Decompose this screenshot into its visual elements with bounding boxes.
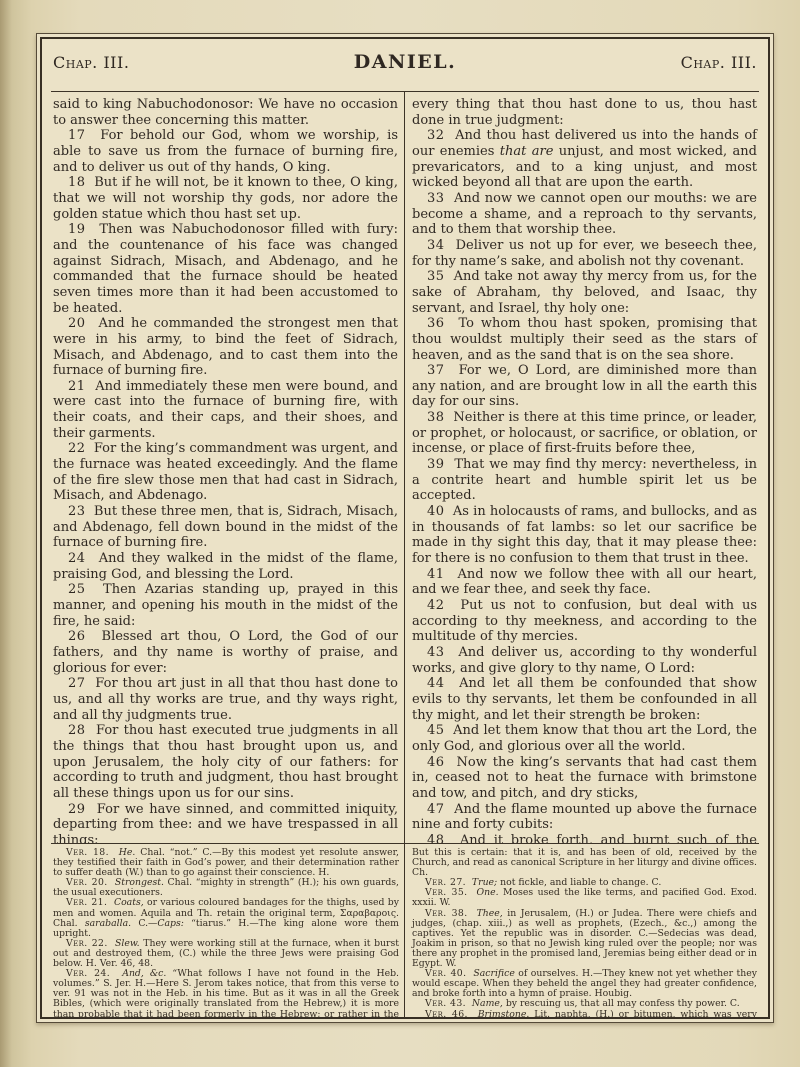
verse: 34 Deliver us not up for ever, we beseec… <box>412 238 757 269</box>
verse: 36 To whom thou hast spoken, promising t… <box>412 316 757 363</box>
footnote: Ver. 35. One. Moses used the like terms,… <box>412 888 757 908</box>
verse: 22 For the king’s commandment was urgent… <box>53 441 398 504</box>
verse: 43 And deliver us, according to thy wond… <box>412 645 757 676</box>
footnote: Ver. 24. And, &c. “What follows I have n… <box>53 969 399 1017</box>
chapter-label-right: Chap. III. <box>637 53 757 72</box>
verse: 47 And the flame mounted up above the fu… <box>412 802 757 833</box>
verse: 20 And he commanded the strongest men th… <box>53 316 398 379</box>
footnote-column-left: Ver. 18. He. Chal. “not.” C.—By this mod… <box>51 844 405 1017</box>
verse: 25 Then Azarias standing up, prayed in t… <box>53 582 398 629</box>
verse: 19 Then was Nabuchodonosor filled with f… <box>53 222 398 316</box>
footnote: Ver. 22. Slew. They were working still a… <box>53 939 399 969</box>
text-column-left: said to king Nabuchodonosor: We have no … <box>51 92 405 843</box>
verse: said to king Nabuchodonosor: We have no … <box>53 97 398 128</box>
verse: 44 And let all them be confounded that s… <box>412 676 757 723</box>
verse: every thing that thou hast done to us, t… <box>412 97 757 128</box>
book-title: DANIEL. <box>173 51 637 73</box>
footnote: Ver. 46. Brimstone. Lit. naphta, (H.) or… <box>412 1010 757 1018</box>
verse: 21 And immediately these men were bound,… <box>53 379 398 442</box>
verse: 37 For we, O Lord, are diminished more t… <box>412 363 757 410</box>
verse: 42 Put us not to confusion, but deal wit… <box>412 598 757 645</box>
verse: 28 For thou hast executed true judgments… <box>53 723 398 801</box>
verse: 32 And thou hast delivered us into the h… <box>412 128 757 191</box>
verse: 23 But these three men, that is, Sidrach… <box>53 504 398 551</box>
verse: 40 As in holocausts of rams, and bullock… <box>412 504 757 567</box>
footnote-column-right: But this is certain: that it is, and has… <box>405 844 759 1017</box>
verse: 39 That we may find thy mercy: neverthel… <box>412 457 757 504</box>
text-column-right: every thing that thou hast done to us, t… <box>405 92 759 843</box>
verse: 35 And take not away thy mercy from us, … <box>412 269 757 316</box>
verse: 46 Now the king’s servants that had cast… <box>412 755 757 802</box>
verse: 18 But if he will not, be it known to th… <box>53 175 398 222</box>
verse-text-area: said to king Nabuchodonosor: We have no … <box>51 92 759 843</box>
verse: 26 Blessed art thou, O Lord, the God of … <box>53 629 398 676</box>
page-header: Chap. III. DANIEL. Chap. III. <box>51 43 759 89</box>
page-inner-frame: Chap. III. DANIEL. Chap. III. said to ki… <box>40 37 770 1019</box>
verse: 17 For behold our God, whom we worship, … <box>53 128 398 175</box>
footnote: Ver. 38. Thee, in Jerusalem, (H.) or Jud… <box>412 909 757 970</box>
page-frame: Chap. III. DANIEL. Chap. III. said to ki… <box>36 33 774 1023</box>
footnote-area: Ver. 18. He. Chal. “not.” C.—By this mod… <box>51 844 759 1017</box>
footnote: Ver. 21. Coats, or various coloured band… <box>53 898 399 938</box>
verse: 27 For thou art just in all that thou ha… <box>53 676 398 723</box>
footnote: Ver. 40. Sacrifice of ourselves. H.—They… <box>412 969 757 999</box>
footnote: But this is certain: that it is, and has… <box>412 848 757 878</box>
verse: 48 And it broke forth, and burnt such of… <box>412 833 757 843</box>
chapter-label-left: Chap. III. <box>53 53 173 72</box>
verse: 29 For we have sinned, and committed ini… <box>53 802 398 843</box>
verse: 33 And now we cannot open our mouths: we… <box>412 191 757 238</box>
verse: 41 And now we follow thee with all our h… <box>412 567 757 598</box>
verse: 45 And let them know that thou art the L… <box>412 723 757 754</box>
footnote: Ver. 20. Strongest. Chal. “mighty in str… <box>53 878 399 898</box>
footnote: Ver. 18. He. Chal. “not.” C.—By this mod… <box>53 848 399 878</box>
verse: 24 And they walked in the midst of the f… <box>53 551 398 582</box>
scanned-bible-page: { "header": { "chapter_left": "Chap. III… <box>0 0 800 1067</box>
verse: 38 Neither is there at this time prince,… <box>412 410 757 457</box>
